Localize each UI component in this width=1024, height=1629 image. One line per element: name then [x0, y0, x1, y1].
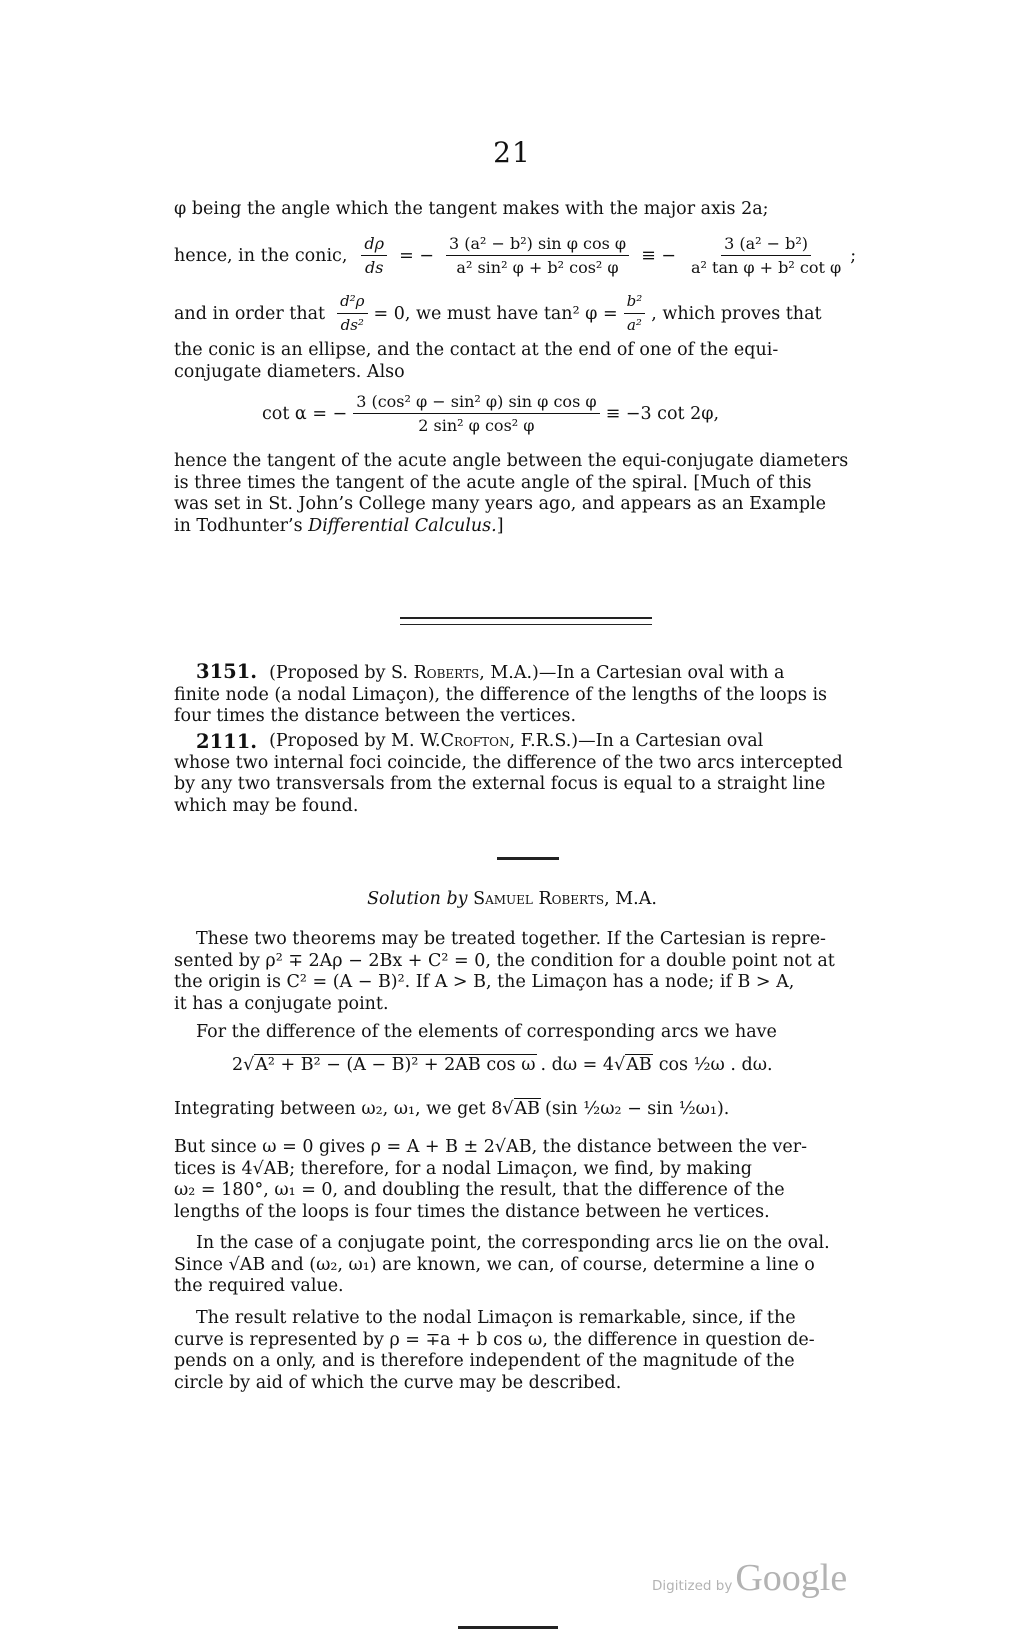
fraction-denominator: ds² — [338, 314, 367, 335]
text-line: For the difference of the elements of co… — [174, 1022, 880, 1044]
text-fragment: in Todhunter’s — [174, 516, 303, 538]
equation-tail: cos ½ω . dω. — [659, 1055, 773, 1075]
equation-dp-ds: hence, in the conic, dρ ds = − 3 (a² − b… — [174, 234, 880, 277]
equation-lead: cot α = − — [262, 404, 347, 424]
fraction-d2p-ds2: d²ρ ds² — [337, 292, 367, 335]
fraction-numerator: 3 (a² − b²) — [721, 234, 811, 256]
text-fragment: , M.A. — [604, 889, 657, 909]
text-line: circle by aid of which the curve may be … — [174, 1373, 880, 1395]
digitized-by-google-watermark: Digitized by Google — [652, 1556, 847, 1600]
paragraph-ellipse: the conic is an ellipse, and the contact… — [174, 340, 880, 383]
text-line: sented by ρ² ∓ 2Aρ − 2Bx + C² = 0, the c… — [174, 951, 880, 973]
equation-tail: ; — [850, 246, 856, 266]
text-fragment: (Proposed by S. — [269, 663, 414, 683]
text-line: four times the distance between the vert… — [174, 706, 880, 728]
problem-heading-inner: 3151.(Proposed by S. Roberts, M.A.)—In a… — [196, 661, 784, 685]
fraction-dp-ds: dρ ds — [361, 234, 387, 277]
text-line: which may be found. — [174, 796, 880, 818]
solver-name: Samuel Roberts — [473, 889, 604, 909]
text-line: But since ω = 0 gives ρ = A + B ± 2√AB, … — [174, 1137, 880, 1159]
square-root: √A² + B² − (A − B)² + 2AB cos ω — [243, 1054, 536, 1075]
problem-2111: 2111.(Proposed by M. W. Crofton, F.R.S.)… — [174, 731, 880, 817]
text-line: in Todhunter’s Differential Calculus.] — [174, 516, 880, 538]
equation-cot-alpha: cot α = − 3 (cos² φ − sin² φ) sin φ cos … — [262, 392, 719, 435]
equation-lead: Integrating between ω₂, ω₁, we get 8 — [174, 1099, 502, 1119]
equation-tail: ≡ −3 cot 2φ, — [606, 404, 719, 424]
equation-tail: (sin ½ω₂ − sin ½ω₁). — [545, 1099, 729, 1119]
fraction-numerator: 3 (a² − b²) sin φ cos φ — [446, 234, 629, 256]
proposer-name: Crofton — [441, 731, 510, 753]
text-line: was set in St. John’s College many years… — [174, 494, 880, 516]
radicand: AB — [514, 1098, 542, 1119]
google-logo: Google — [735, 1556, 847, 1600]
equation-middle: = 0, we must have tan² φ = — [374, 304, 618, 324]
solution-paragraph-5: The result relative to the nodal Limaçon… — [174, 1308, 880, 1394]
proposer-name: Roberts — [414, 663, 480, 683]
problem-3151: 3151.(Proposed by S. Roberts, M.A.)—In a… — [174, 661, 880, 728]
equation-middle: . dω = 4 — [541, 1055, 615, 1075]
coefficient: 2 — [232, 1055, 243, 1075]
fraction-numerator: 3 (cos² φ − sin² φ) sin φ cos φ — [353, 392, 599, 414]
text-fragment: , F.R.S.)—In a Cartesian oval — [510, 731, 764, 753]
paragraph-phi-angle: φ being the angle which the tangent make… — [174, 199, 880, 221]
fraction-b2-a2: b² a² — [624, 292, 646, 335]
equation-lead: and in order that — [174, 304, 325, 324]
text-line: Since √AB and (ω₂, ω₁) are known, we can… — [174, 1255, 880, 1277]
solution-by-label: Solution by — [367, 889, 473, 909]
fraction-numerator: b² — [624, 292, 646, 314]
fraction-numerator: d²ρ — [337, 292, 367, 314]
text-line: conjugate diameters. Also — [174, 362, 880, 384]
equation-tail: , which proves that — [651, 304, 821, 324]
text-line: tices is 4√AB; therefore, for a nodal Li… — [174, 1159, 880, 1181]
fraction-middle: 3 (a² − b²) sin φ cos φ a² sin² φ + b² c… — [446, 234, 629, 277]
text-line: the required value. — [174, 1276, 880, 1298]
square-root: √AB — [502, 1098, 541, 1119]
text-line: lengths of the loops is four times the d… — [174, 1202, 880, 1224]
text-fragment: (Proposed by M. W. — [269, 731, 441, 753]
radicand: AB — [625, 1054, 653, 1075]
problem-number: 3151. — [196, 660, 257, 683]
problem-heading: 2111.(Proposed by M. W. Crofton, F.R.S.)… — [174, 731, 880, 753]
paragraph-tangent-acute-angle: hence the tangent of the acute angle bet… — [174, 451, 880, 537]
solution-paragraph-3: But since ω = 0 gives ρ = A + B ± 2√AB, … — [174, 1137, 880, 1223]
square-root: √AB — [614, 1054, 653, 1075]
section-divider — [400, 617, 652, 625]
text-line: the conic is an ellipse, and the contact… — [174, 340, 880, 362]
radicand: A² + B² − (A − B)² + 2AB cos ω — [254, 1054, 536, 1075]
equation-integrating: Integrating between ω₂, ω₁, we get 8 √AB… — [174, 1098, 729, 1119]
text-line: whose two internal foci coincide, the di… — [174, 753, 880, 775]
solution-paragraph-2: For the difference of the elements of co… — [174, 1022, 880, 1044]
solution-paragraph-4: In the case of a conjugate point, the co… — [174, 1233, 880, 1298]
text-line: the origin is C² = (A − B)². If A > B, t… — [174, 972, 880, 994]
watermark-prefix: Digitized by — [652, 1578, 732, 1594]
text-line: hence the tangent of the acute angle bet… — [174, 451, 880, 473]
fraction-denominator: 2 sin² φ cos² φ — [415, 414, 537, 435]
equation-lead: hence, in the conic, — [174, 246, 347, 266]
equals-minus: = − — [399, 246, 434, 266]
problem-number: 2111. — [196, 731, 257, 753]
text-line: finite node (a nodal Limaçon), the diffe… — [174, 685, 880, 707]
text-line: φ being the angle which the tangent make… — [174, 199, 880, 221]
problem-heading: 3151.(Proposed by S. Roberts, M.A.)—In a… — [174, 661, 880, 685]
fraction-numerator: dρ — [361, 234, 387, 256]
equation-arc-difference: 2 √A² + B² − (A − B)² + 2AB cos ω . dω =… — [232, 1054, 773, 1075]
text-fragment: , M.A.)—In a Cartesian oval with a — [479, 663, 784, 683]
equation-second-derivative: and in order that d²ρ ds² = 0, we must h… — [174, 292, 880, 335]
fraction-denominator: a² sin² φ + b² cos² φ — [453, 256, 621, 277]
fraction-denominator: ds — [362, 256, 386, 277]
fraction-denominator: a² tan φ + b² cot φ — [688, 256, 844, 277]
text-line: ω₂ = 180°, ω₁ = 0, and doubling the resu… — [174, 1180, 880, 1202]
text-fragment: ] — [497, 516, 504, 538]
text-line: curve is represented by ρ = ∓a + b cos ω… — [174, 1330, 880, 1352]
solution-paragraph-1: These two theorems may be treated togeth… — [174, 929, 880, 1015]
text-line: These two theorems may be treated togeth… — [174, 929, 880, 951]
short-divider — [497, 857, 559, 860]
fraction-denominator: a² — [624, 314, 645, 335]
text-line: it has a conjugate point. — [174, 994, 880, 1016]
text-line: is three times the tangent of the acute … — [174, 473, 880, 495]
solution-heading: Solution by Samuel Roberts, M.A. — [0, 889, 1024, 909]
equiv-minus: ≡ − — [641, 246, 676, 266]
page-number: 21 — [0, 136, 1024, 169]
fraction-right: 3 (a² − b²) a² tan φ + b² cot φ — [688, 234, 844, 277]
text-line: by any two transversals from the externa… — [174, 774, 880, 796]
text-line: The result relative to the nodal Limaçon… — [174, 1308, 880, 1330]
fraction-cot-alpha: 3 (cos² φ − sin² φ) sin φ cos φ 2 sin² φ… — [353, 392, 599, 435]
book-title: Differential Calculus. — [308, 516, 497, 538]
text-line: In the case of a conjugate point, the co… — [174, 1233, 880, 1255]
text-line: pends on a only, and is therefore indepe… — [174, 1351, 880, 1373]
